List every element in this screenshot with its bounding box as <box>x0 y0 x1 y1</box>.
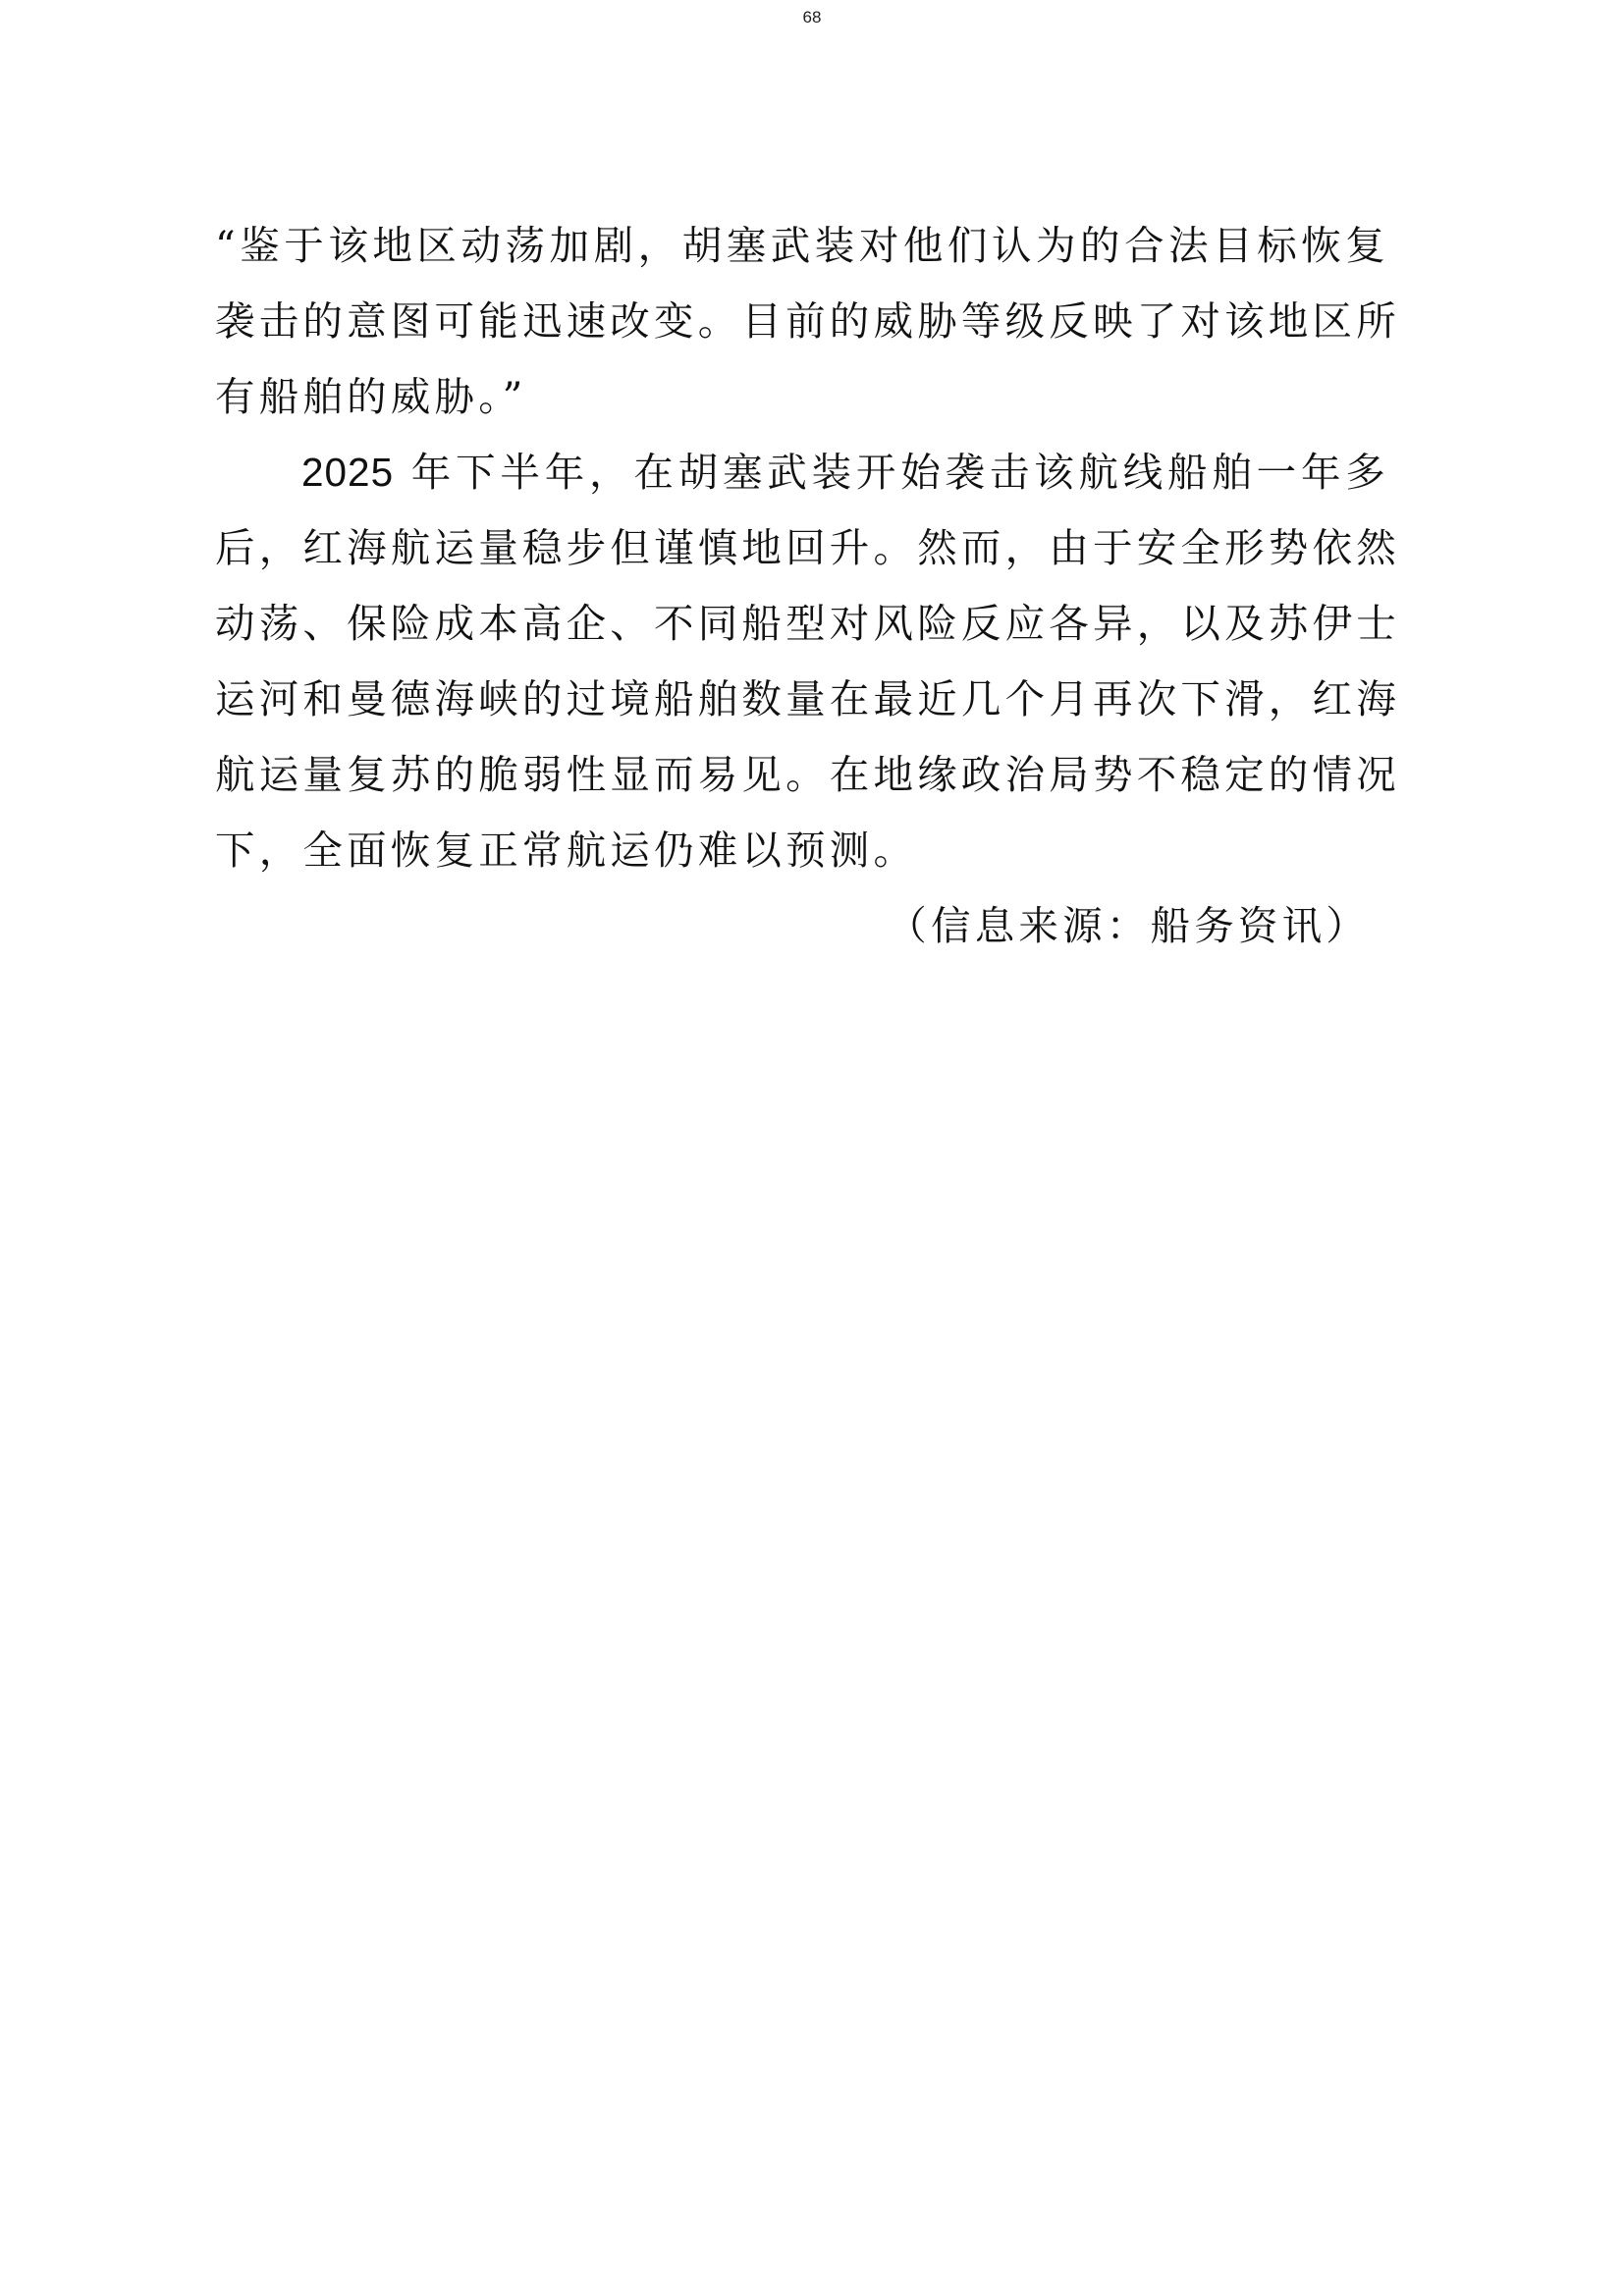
text-line: 袭击的意图可能迅速改变。目前的威胁等级反映了对该地区所 <box>215 284 1389 359</box>
document-body: “鉴于该地区动荡加剧，胡塞武装对他们认为的合法目标恢复 袭击的意图可能迅速改变。… <box>215 208 1389 964</box>
body-paragraph: 2025 年下半年，在胡塞武装开始袭击该航线船舶一年多 后，红海航运量稳步但谨慎… <box>215 435 1389 888</box>
text-line: 航运量复苏的脆弱性显而易见。在地缘政治局势不稳定的情况 <box>215 737 1389 813</box>
text-line: 后，红海航运量稳步但谨慎地回升。然而，由于安全形势依然 <box>215 510 1389 586</box>
page-number: 68 <box>0 8 1624 27</box>
year-text: 2025 <box>301 450 394 495</box>
text-line: 动荡、保险成本高企、不同船型对风险反应各异，以及苏伊士 <box>215 586 1389 662</box>
source-attribution: （信息来源：船务资讯） <box>215 888 1389 964</box>
text-line: 有船舶的威胁。” <box>215 359 1389 435</box>
quote-paragraph: “鉴于该地区动荡加剧，胡塞武装对他们认为的合法目标恢复 袭击的意图可能迅速改变。… <box>215 208 1389 435</box>
text-line: 下，全面恢复正常航运仍难以预测。 <box>215 813 1389 888</box>
text-line: 运河和曼德海峡的过境船舶数量在最近几个月再次下滑，红海 <box>215 662 1389 737</box>
text-line-content: 年下半年，在胡塞武装开始袭击该航线船舶一年多 <box>411 449 1389 496</box>
text-line: “鉴于该地区动荡加剧，胡塞武装对他们认为的合法目标恢复 <box>215 208 1389 284</box>
text-line-first: 2025 年下半年，在胡塞武装开始袭击该航线船舶一年多 <box>215 435 1389 510</box>
